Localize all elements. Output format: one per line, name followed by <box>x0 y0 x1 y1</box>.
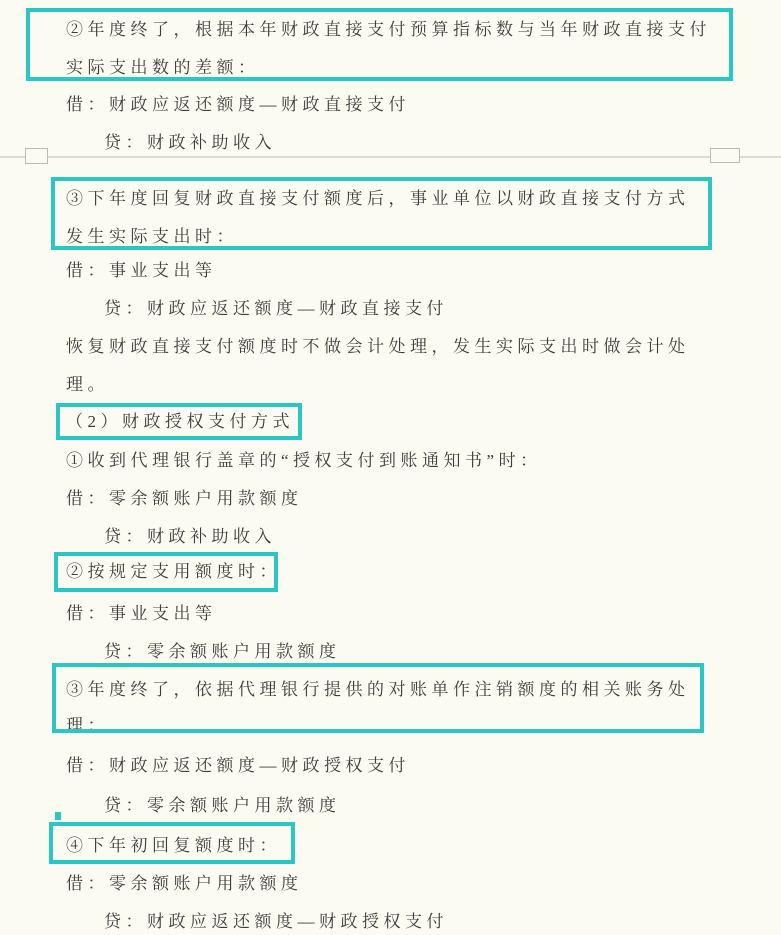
document-line: 贷：财政应返还额度—财政直接支付 <box>104 299 448 318</box>
document-line: 贷：财政补助收入 <box>104 527 276 546</box>
page-margin-marker-left <box>25 148 48 164</box>
document-line: 借：财政应返还额度—财政直接支付 <box>66 95 410 114</box>
document-line: 借：事业支出等 <box>66 604 217 623</box>
document-line: 借：零余额账户用款额度 <box>66 874 303 893</box>
document-line: ③年度终了，依据代理银行提供的对账单作注销额度的相关账务处 <box>66 680 690 699</box>
document-line: 理。 <box>66 375 109 394</box>
document-line: 理： <box>66 716 109 735</box>
document-line: （2）财政授权支付方式 <box>66 412 294 431</box>
highlight-tick <box>55 812 61 820</box>
document-line: 贷：财政补助收入 <box>104 133 276 152</box>
document-line: ②按规定支用额度时： <box>66 562 281 581</box>
page-margin-marker-right <box>710 148 740 163</box>
document-line: 借：财政应返还额度—财政授权支付 <box>66 756 410 775</box>
document-line: ①收到代理银行盖章的“授权支付到账通知书”时： <box>66 451 542 470</box>
document-line: 借：零余额账户用款额度 <box>66 489 303 508</box>
document-line: ②年度终了，根据本年财政直接支付预算指标数与当年财政直接支付 <box>66 20 711 39</box>
document-line: 恢复财政直接支付额度时不做会计处理，发生实际支出时做会计处 <box>66 337 690 356</box>
document-line: 发生实际支出时： <box>66 227 238 246</box>
document-line: 贷：零余额账户用款额度 <box>104 642 341 661</box>
document-line: ④下年初回复额度时： <box>66 836 281 855</box>
page-break-line <box>0 156 781 158</box>
document-line: 贷：零余额账户用款额度 <box>104 796 341 815</box>
document-line: ③下年度回复财政直接支付额度后，事业单位以财政直接支付方式 <box>66 189 690 208</box>
document-line: 借：事业支出等 <box>66 261 217 280</box>
document-line: 实际支出数的差额： <box>66 58 260 77</box>
document-line: 贷：财政应返还额度—财政授权支付 <box>104 912 448 931</box>
word-document-page: { "colors": { "background": "#fbfbf2", "… <box>0 0 781 935</box>
